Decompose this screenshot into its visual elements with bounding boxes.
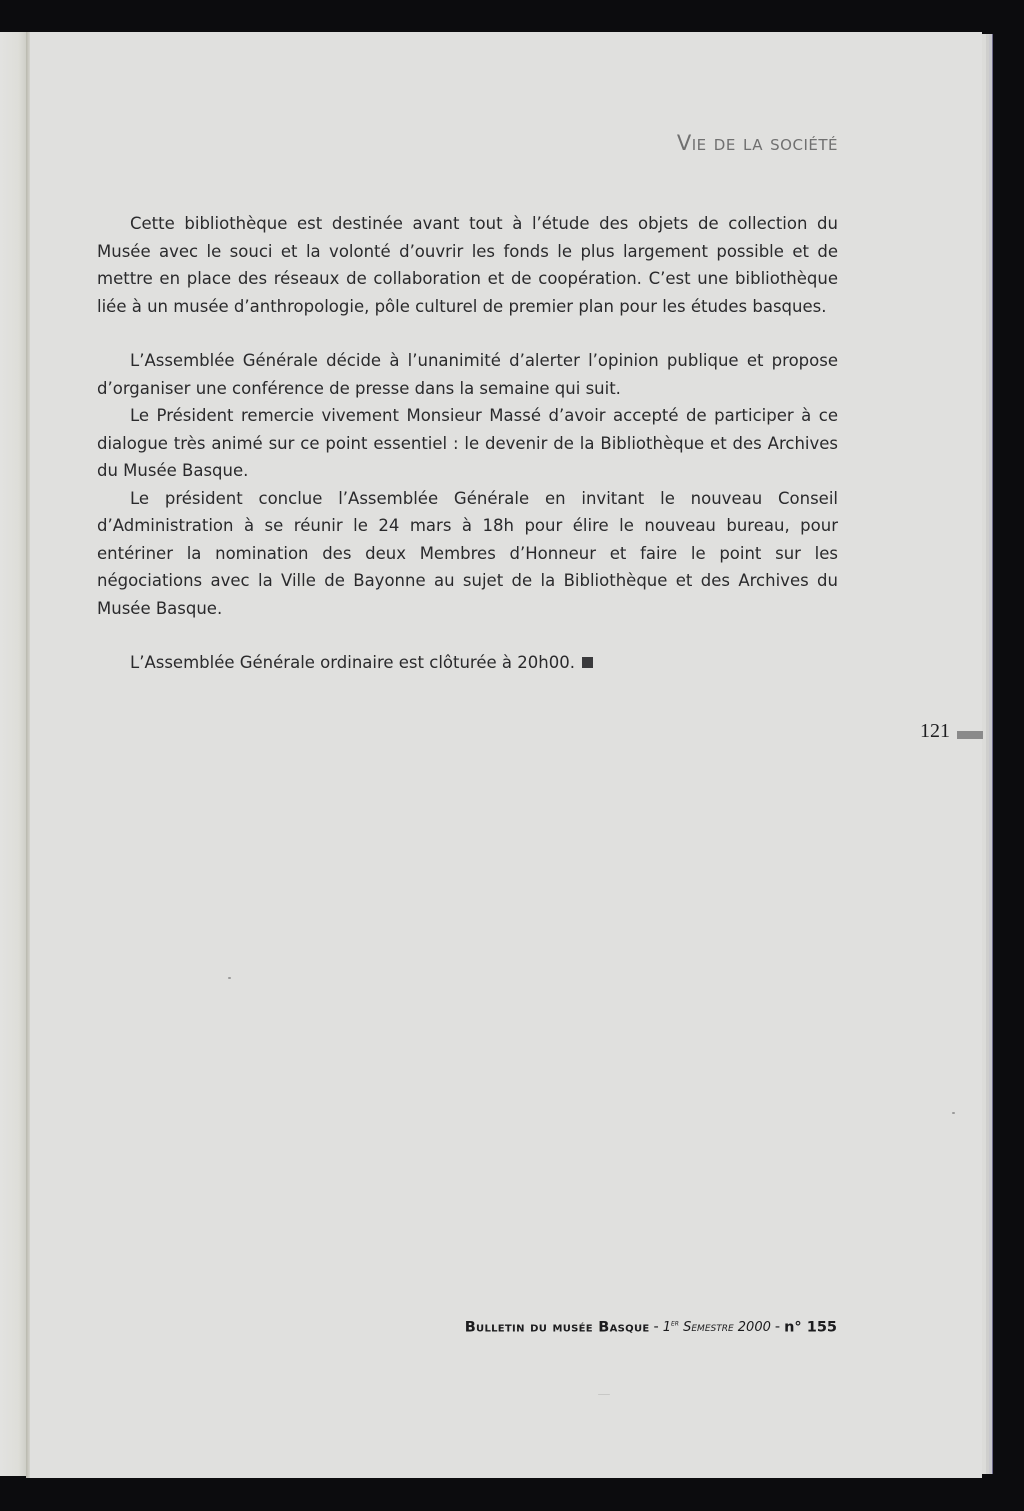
footer-issue-number: n° 155: [784, 1319, 837, 1335]
body-text: Cette bibliothèque est destinée avant to…: [97, 210, 838, 677]
footer-publication-title: Bulletin du musée Basque: [465, 1319, 650, 1335]
page-stack-edge: [989, 34, 993, 1474]
footer-semester: 1er Semestre 2000: [663, 1320, 771, 1335]
scan-speck: [598, 1394, 610, 1395]
paragraph-press-conference: L’Assemblée Générale décide à l’unanimit…: [97, 347, 838, 402]
scanned-page: Vie de la société Cette bibliothèque est…: [0, 0, 1024, 1511]
running-head: Vie de la société: [677, 131, 838, 155]
footer: Bulletin du musée Basque-1er Semestre 20…: [465, 1319, 837, 1335]
page-number: 121: [920, 720, 950, 743]
left-page-edge: [0, 32, 26, 1476]
paragraph-library: Cette bibliothèque est destinée avant to…: [97, 210, 838, 320]
scan-speck: [228, 977, 231, 979]
paragraph-conclusion: Le président conclue l’Assemblée Général…: [97, 485, 838, 623]
closing-text: L’Assemblée Générale ordinaire est clôtu…: [130, 653, 575, 672]
semester-label: Semestre 2000: [679, 1320, 771, 1335]
end-of-article-square-icon: [582, 657, 593, 668]
footer-separator: -: [775, 1319, 780, 1335]
page-number-tab-bar: [957, 731, 983, 739]
semester-ordinal: 1: [663, 1320, 671, 1335]
scan-speck: [952, 1112, 955, 1114]
footer-separator: -: [654, 1319, 659, 1335]
semester-ordinal-suffix: er: [671, 1319, 679, 1328]
paragraph-thanks: Le Président remercie vivement Monsieur …: [97, 402, 838, 485]
paragraph-closing: L’Assemblée Générale ordinaire est clôtu…: [97, 649, 838, 677]
